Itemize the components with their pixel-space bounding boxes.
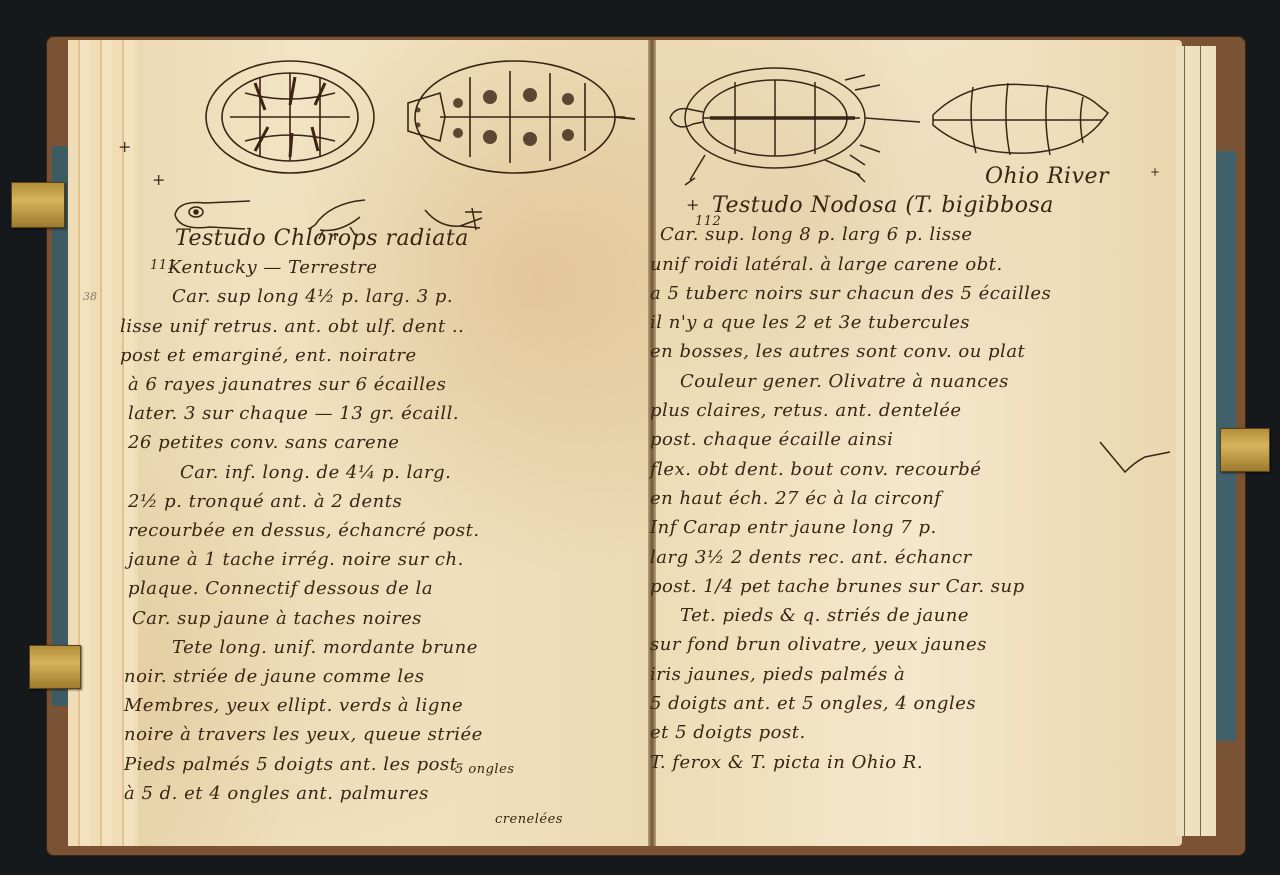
turtle-plastron-outline-sketch (928, 75, 1113, 165)
text-line: en bosses, les autres sont conv. ou plat (640, 337, 1140, 366)
text-line: Couleur gener. Olivatre à nuances (640, 367, 1140, 396)
text-line: Kentucky — Terrestre (120, 253, 600, 282)
text-line: lisse unif retrus. ant. obt ulf. dent .. (120, 312, 600, 341)
text-line: Car. sup jaune à taches noires (120, 604, 600, 633)
text-line: Car. sup long 4½ p. larg. 3 p. (120, 282, 600, 311)
text-line: Tete long. unif. mordante brune (120, 633, 600, 662)
text-line: jaune à 1 tache irrég. noire sur ch. (120, 545, 600, 574)
text-line: sur fond brun olivatre, yeux jaunes (640, 630, 1140, 659)
text-line: later. 3 sur chaque — 13 gr. écaill. (120, 399, 600, 428)
text-line: Membres, yeux ellipt. verds à ligne (120, 691, 600, 720)
interlinear-note: crenelées (495, 812, 563, 827)
interlinear-note: 5 ongles (455, 762, 514, 777)
right-page-edges (1176, 46, 1216, 836)
species-heading: Testudo Chlorops radiata (120, 224, 600, 253)
text-line: plus claires, retus. ant. dentelée (640, 396, 1140, 425)
text-line: et 5 doigts post. (640, 718, 1140, 747)
turtle-full-body-sketch (665, 60, 925, 190)
text-line: Tet. pieds & q. striés de jaune (640, 601, 1140, 630)
text-line: en haut éch. 27 éc à la circonf (640, 484, 1140, 513)
text-line: post et emarginé, ent. noiratre (120, 341, 600, 370)
brass-clasp-right (1220, 428, 1270, 472)
text-line: recourbée en dessus, échancré post. (120, 516, 600, 545)
text-line: post. 1/4 pet tache brunes sur Car. sup (640, 572, 1140, 601)
cross-mark: + (118, 137, 131, 156)
text-line: il n'y a que les 2 et 3e tubercules (640, 308, 1140, 337)
text-line: plaque. Connectif dessous de la (120, 574, 600, 603)
text-line: 26 petites conv. sans carene (120, 428, 600, 457)
cross-mark: + (152, 170, 165, 189)
brass-clasp-lower-left (29, 645, 81, 689)
text-line: à 6 rayes jaunatres sur 6 écailles (120, 370, 600, 399)
location-heading: Ohio River (985, 164, 1109, 189)
turtle-carapace-spotted-sketch (400, 55, 635, 180)
text-line: Car. inf. long. de 4¼ p. larg. (120, 458, 600, 487)
turtle-plastron-sketch (200, 55, 380, 180)
text-line: noir. striée de jaune comme les (120, 662, 600, 691)
text-line: larg 3½ 2 dents rec. ant. échancr (640, 543, 1140, 572)
text-line: Car. sup. long 8 p. larg 6 p. lisse (640, 220, 1140, 249)
text-line: T. ferox & T. picta in Ohio R. (640, 748, 1140, 777)
cross-mark: + (1150, 165, 1160, 179)
text-line: à 5 d. et 4 ongles ant. palmures (120, 779, 600, 808)
text-line: Pieds palmés 5 doigts ant. les post (120, 750, 600, 779)
text-line: 2½ p. tronqué ant. à 2 dents (120, 487, 600, 516)
brass-clasp-upper-left (11, 182, 65, 228)
text-line: noire à travers les yeux, queue striée (120, 720, 600, 749)
right-page-handwriting: Testudo Nodosa (T. bigibbosa Car. sup. l… (640, 191, 1140, 777)
text-line: Inf Carap entr jaune long 7 p. (640, 513, 1140, 542)
species-heading: Testudo Nodosa (T. bigibbosa (640, 191, 1140, 220)
text-line: flex. obt dent. bout conv. recourbé (640, 455, 1140, 484)
margin-note: 38 (83, 290, 97, 303)
scute-detail-sketch (1095, 437, 1175, 482)
text-line: post. chaque écaille ainsi (640, 425, 1140, 454)
text-line: iris jaunes, pieds palmés à (640, 660, 1140, 689)
text-line: a 5 tuberc noirs sur chacun des 5 écaill… (640, 279, 1140, 308)
text-line: 5 doigts ant. et 5 ongles, 4 ongles (640, 689, 1140, 718)
left-page-handwriting: Testudo Chlorops radiata Kentucky — Terr… (120, 224, 600, 808)
text-line: unif roidi latéral. à large carene obt. (640, 250, 1140, 279)
